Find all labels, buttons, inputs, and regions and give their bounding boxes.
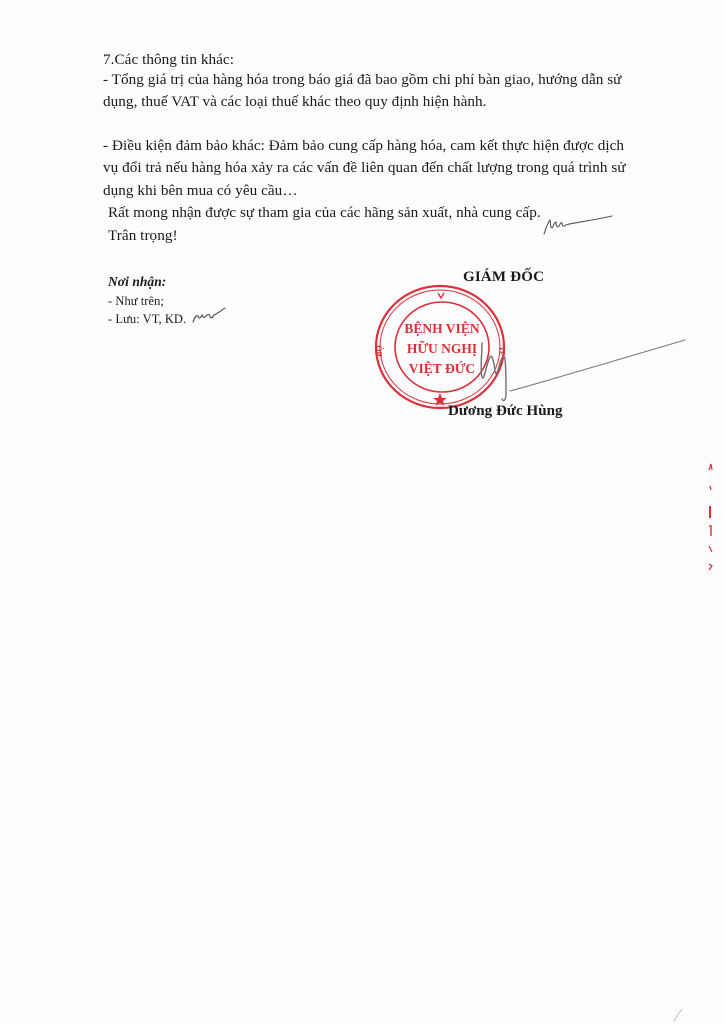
scan-speck-icon xyxy=(670,1005,690,1023)
paragraph-2-line-2: vụ đổi trả nếu hàng hóa xảy ra các vấn đ… xyxy=(103,158,626,178)
signatory-name: Dương Đức Hùng xyxy=(448,401,563,421)
paragraph-2-line-3: dụng khi bên mua có yêu cầu… xyxy=(103,181,298,201)
stamp-line-3: VIỆT ĐỨC xyxy=(409,361,475,376)
recipients-heading: Nơi nhận: xyxy=(108,272,166,292)
section-heading: 7.Các thông tin khác: xyxy=(103,50,234,70)
closing-line: Rất mong nhận được sự tham gia của các h… xyxy=(108,203,541,223)
paragraph-1-line-1: - Tổng giá trị của hàng hóa trong báo gi… xyxy=(103,70,621,90)
initial-mark-icon xyxy=(540,214,615,238)
stamp-line-1: BỆNH VIỆN xyxy=(404,321,479,336)
recipient-item-2: - Lưu: VT, KD. xyxy=(108,311,186,327)
paragraph-2-line-1: - Điều kiện đảm bảo khác: Đảm bảo cung c… xyxy=(103,136,624,156)
regards-line: Trân trọng! xyxy=(108,226,178,246)
paragraph-1-line-2: dụng, thuế VAT và các loại thuế khác the… xyxy=(103,92,487,112)
document-page: 7.Các thông tin khác: - Tổng giá trị của… xyxy=(0,0,724,1024)
recipient-item-1: - Như trên; xyxy=(108,293,164,309)
page-edge-stamp-marks-icon xyxy=(702,460,718,580)
stamp-side-text: BỘ xyxy=(375,345,384,357)
stamp-line-2: HỮU NGHỊ xyxy=(407,341,477,356)
initial-mark-icon xyxy=(190,305,228,325)
